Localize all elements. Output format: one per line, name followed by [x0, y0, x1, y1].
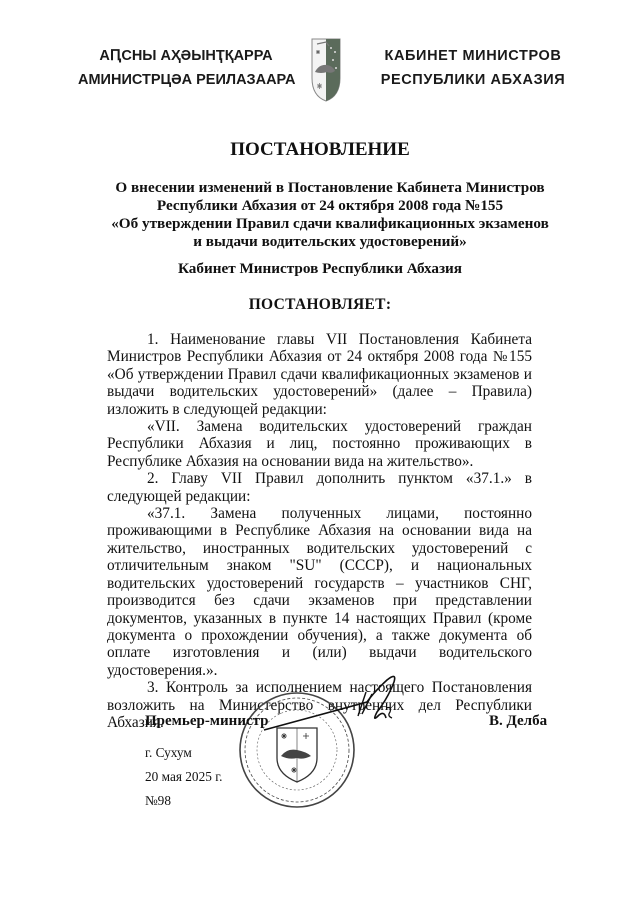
- paragraph-1-quote: «VII. Замена водительских удостоверений …: [107, 418, 532, 470]
- document-page: АԤСНЫ АҲӘЫНҬҚАРРА АМИНИСТРЦӘА РЕИЛАЗААРА…: [0, 0, 640, 905]
- paragraph-1: 1. Наименование главы VII Постановления …: [107, 331, 532, 418]
- document-type-title: ПОСТАНОВЛЕНИЕ: [0, 139, 640, 161]
- subject-line: О внесении изменений в Постановление Каб…: [100, 179, 560, 197]
- issuer: Кабинет Министров Республики Абхазия: [0, 260, 640, 278]
- paragraph-2: 2. Главу VII Правил дополнить пунктом «3…: [107, 470, 532, 505]
- header-russian: КАБИНЕТ МИНИСТРОВ РЕСПУБЛИКИ АБХАЗИЯ: [368, 44, 578, 92]
- header-abkhaz-line-1: АԤСНЫ АҲӘЫНҬҚАРРА: [78, 44, 294, 68]
- signatory-name: В. Делба: [489, 713, 547, 730]
- subject-line: «Об утверждении Правил сдачи квалификаци…: [100, 215, 560, 233]
- header-abkhaz: АԤСНЫ АҲӘЫНҬҚАРРА АМИНИСТРЦӘА РЕИЛАЗААРА: [78, 44, 294, 92]
- paragraph-2-quote: «37.1. Замена полученных лицами, постоян…: [107, 505, 532, 679]
- coat-of-arms-icon: [311, 38, 341, 102]
- document-number: №98: [145, 793, 171, 809]
- signature-icon: [262, 672, 412, 740]
- decrees-label: ПОСТАНОВЛЯЕТ:: [0, 296, 640, 314]
- subject-line: Республики Абхазия от 24 октября 2008 го…: [100, 197, 560, 215]
- header-russian-line-2: РЕСПУБЛИКИ АБХАЗИЯ: [368, 68, 578, 92]
- subject-line: и выдачи водительских удостоверений»: [100, 233, 560, 251]
- signatory-position: Премьер-министр: [145, 713, 269, 730]
- header-russian-line-1: КАБИНЕТ МИНИСТРОВ: [368, 44, 578, 68]
- document-subject: О внесении изменений в Постановление Каб…: [100, 179, 560, 251]
- document-date: 20 мая 2025 г.: [145, 769, 222, 785]
- header-abkhaz-line-2: АМИНИСТРЦӘА РЕИЛАЗААРА: [78, 68, 294, 92]
- document-city: г. Сухум: [145, 745, 192, 761]
